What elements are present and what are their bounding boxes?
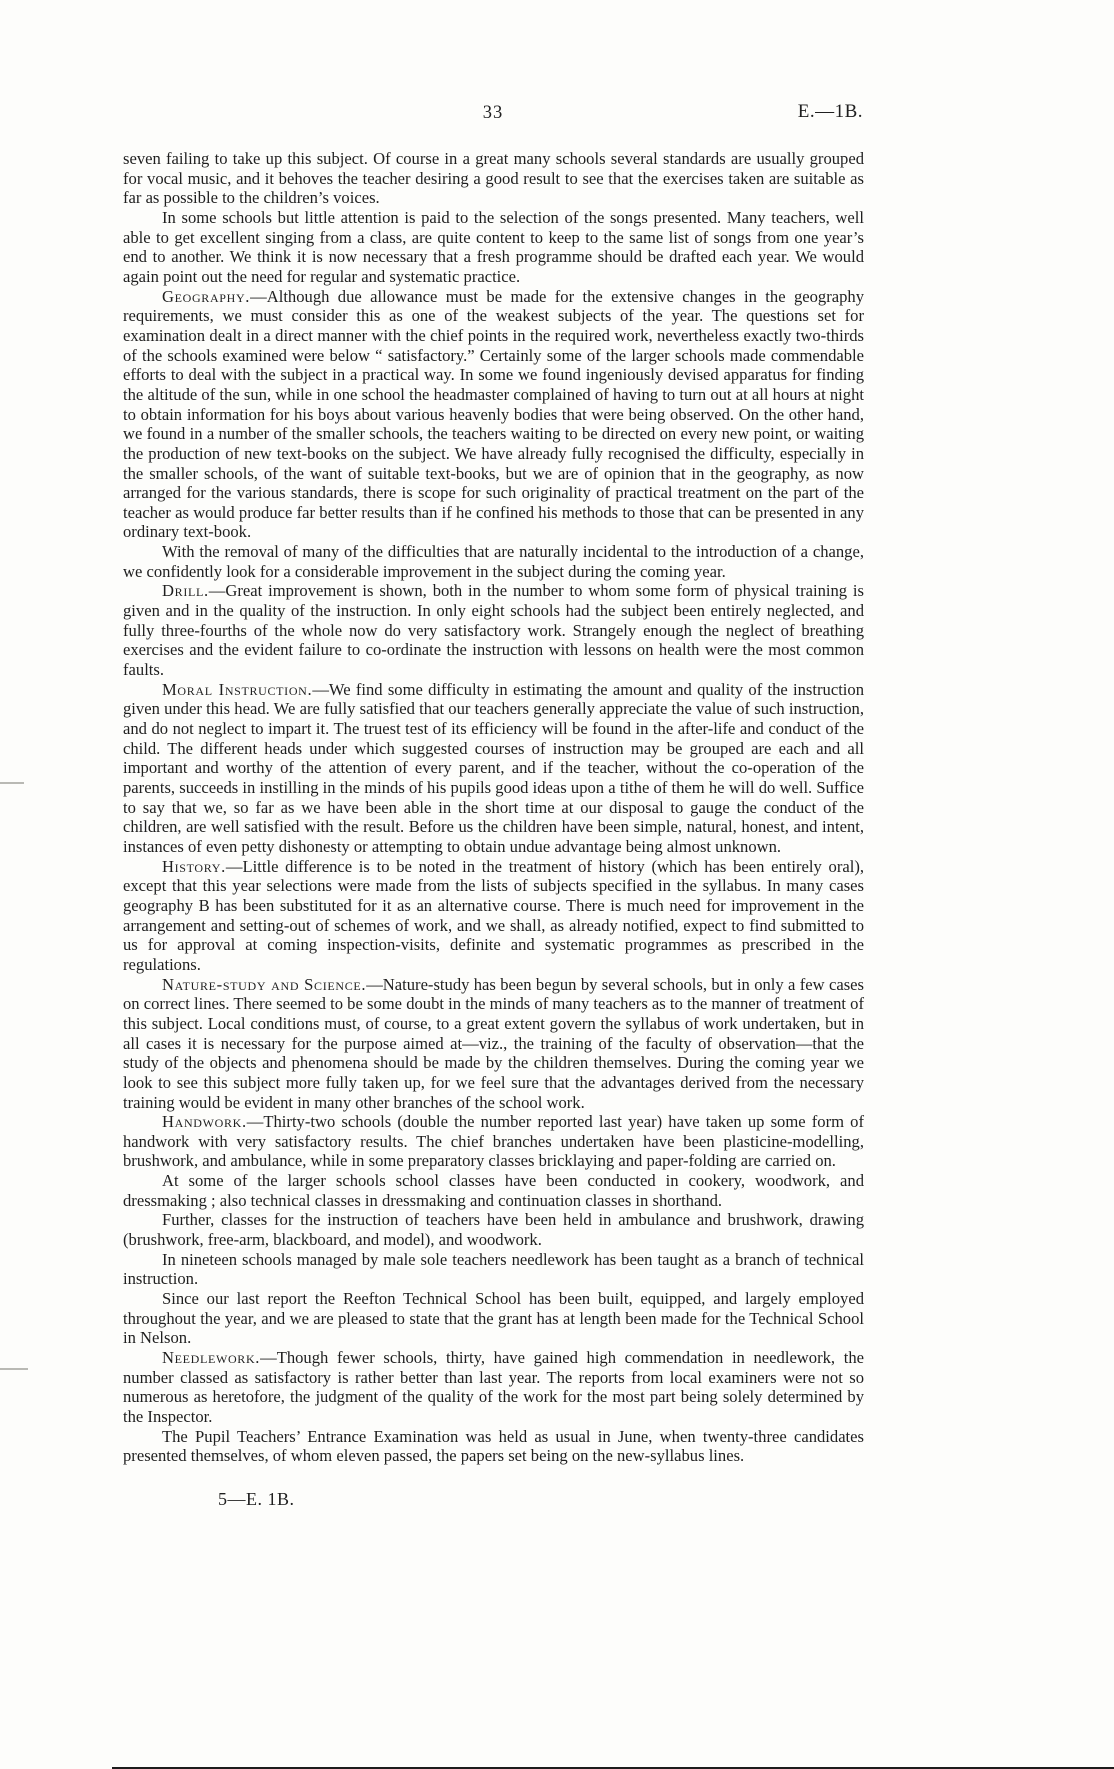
paragraph-geography-outlook: With the removal of many of the difficul… bbox=[123, 542, 864, 581]
paragraph-text: —We find some difficulty in estimating t… bbox=[123, 680, 864, 856]
paragraph-larger-schools-classes: At some of the larger schools school cla… bbox=[123, 1171, 864, 1210]
section-heading-drill: Drill. bbox=[162, 581, 209, 600]
section-heading-history: History. bbox=[162, 857, 226, 876]
paragraph-needlework: Needlework.—Though fewer schools, thirty… bbox=[123, 1348, 864, 1427]
section-heading-nature-study-science: Nature-study and Science. bbox=[162, 975, 366, 994]
paragraph-text: —Nature-study has been begun by several … bbox=[123, 975, 864, 1112]
paragraph-history: History.—Little difference is to be note… bbox=[123, 857, 864, 975]
paragraph-text: The Pupil Teachers’ Entrance Examination… bbox=[123, 1427, 864, 1466]
paragraph-reefton-technical-school: Since our last report the Reefton Techni… bbox=[123, 1289, 864, 1348]
signature-mark: 5—E. 1B. bbox=[123, 1490, 864, 1510]
paragraph-text: seven failing to take up this subject. O… bbox=[123, 149, 864, 207]
paragraph-text: Since our last report the Reefton Techni… bbox=[123, 1289, 864, 1347]
paragraph-male-sole-teachers: In nineteen schools managed by male sole… bbox=[123, 1250, 864, 1289]
section-heading-moral-instruction: Moral Instruction. bbox=[162, 680, 312, 699]
paragraph-geography: Geography.—Although due allowance must b… bbox=[123, 287, 864, 543]
paragraph-text: In nineteen schools managed by male sole… bbox=[123, 1250, 864, 1289]
section-heading-needlework: Needlework. bbox=[162, 1348, 260, 1367]
scanned-report-page: 33 E.—1B. seven failing to take up this … bbox=[0, 0, 1114, 1769]
paragraph-text: —Little difference is to be noted in the… bbox=[123, 857, 864, 974]
scan-artifact-left-1 bbox=[0, 782, 24, 784]
running-head: 33 E.—1B. bbox=[123, 103, 863, 127]
paragraph-pupil-teachers-exam: The Pupil Teachers’ Entrance Examination… bbox=[123, 1427, 864, 1466]
section-heading-geography: Geography. bbox=[162, 287, 250, 306]
paragraph-text: —Great improvement is shown, both in the… bbox=[123, 581, 864, 679]
paragraph-teacher-classes: Further, classes for the instruction of … bbox=[123, 1210, 864, 1249]
body-text-column: seven failing to take up this subject. O… bbox=[123, 149, 864, 1510]
paragraph-drill: Drill.—Great improvement is shown, both … bbox=[123, 581, 864, 679]
section-heading-handwork: Handwork. bbox=[162, 1112, 247, 1131]
paragraph-handwork: Handwork.—Thirty-two schools (double the… bbox=[123, 1112, 864, 1171]
paragraph-nature-study: Nature-study and Science.—Nature-study h… bbox=[123, 975, 864, 1113]
paragraph-text: With the removal of many of the difficul… bbox=[123, 542, 864, 581]
report-series-code: E.—1B. bbox=[798, 101, 863, 123]
scan-artifact-left-2 bbox=[0, 1368, 28, 1370]
paragraph-singing-continuation: seven failing to take up this subject. O… bbox=[123, 149, 864, 208]
page-number: 33 bbox=[123, 103, 863, 124]
paragraph-song-selection: In some schools but little attention is … bbox=[123, 208, 864, 287]
paragraph-moral-instruction: Moral Instruction.—We find some difficul… bbox=[123, 680, 864, 857]
paragraph-text: Further, classes for the instruction of … bbox=[123, 1210, 864, 1249]
paragraph-text: At some of the larger schools school cla… bbox=[123, 1171, 864, 1210]
paragraph-text: In some schools but little attention is … bbox=[123, 208, 864, 286]
paragraph-text: —Although due allowance must be made for… bbox=[123, 287, 864, 542]
